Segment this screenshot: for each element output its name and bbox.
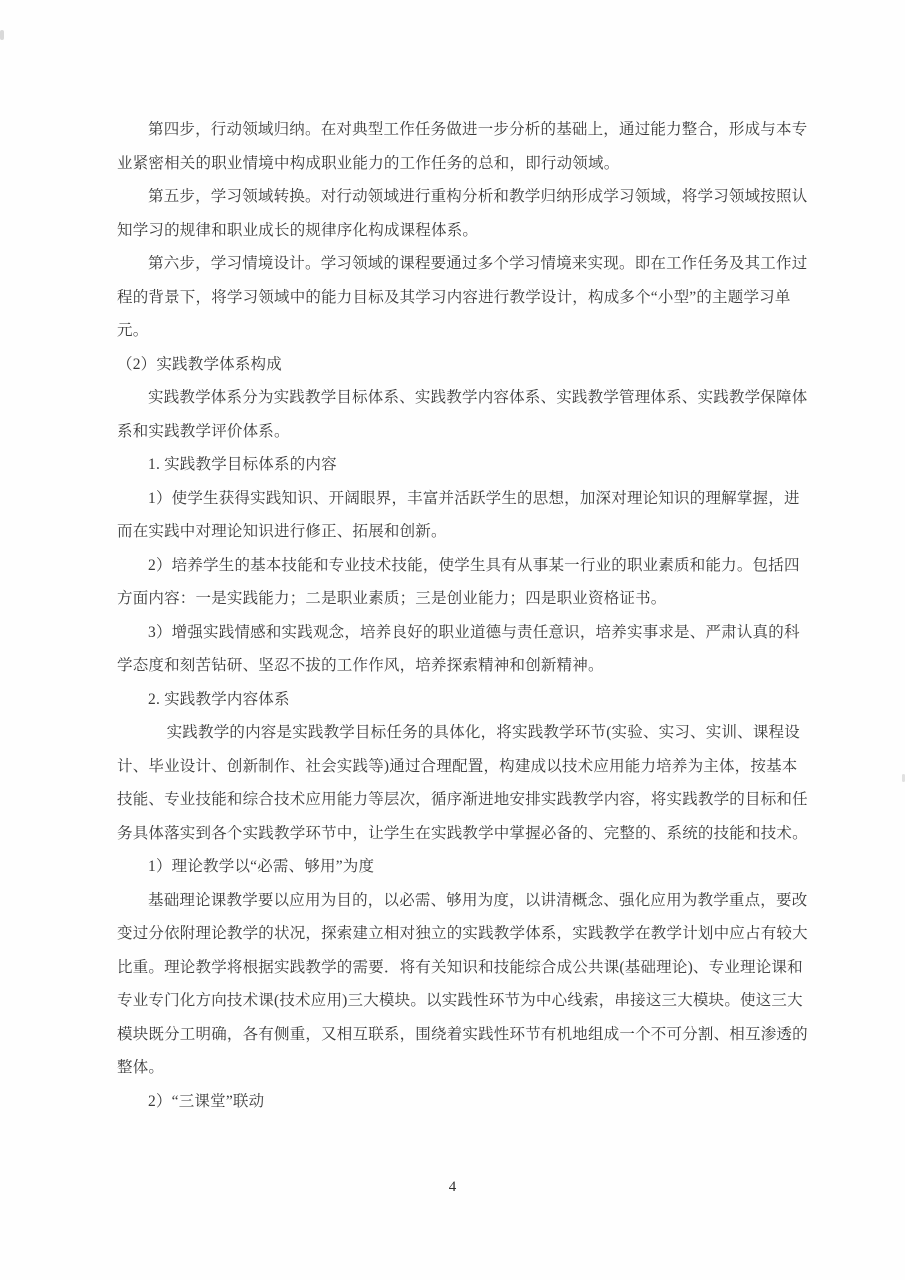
paragraph: 3）增强实践情感和实践观念，培养良好的职业道德与责任意识，培养实事求是、严肃认真…: [117, 616, 819, 683]
paragraph: 第六步，学习情境设计。学习领域的课程要通过多个学习情境来实现。即在工作任务及其工…: [117, 247, 819, 348]
paragraph: （2）实践教学体系构成: [117, 348, 819, 382]
paragraph: 1）使学生获得实践知识、开阔眼界，丰富并活跃学生的思想，加深对理论知识的理解掌握…: [117, 482, 819, 549]
paragraph: 2）“三课堂”联动: [117, 1085, 819, 1119]
page-footer: 4: [0, 1176, 905, 1198]
scan-artifact: [0, 30, 4, 40]
document-body: 第四步，行动领域归纳。在对典型工作任务做进一步分析的基础上，通过能力整合，形成与…: [117, 113, 819, 1118]
paragraph: 实践教学的内容是实践教学目标任务的具体化，将实践教学环节(实验、实习、实训、课程…: [117, 716, 819, 850]
paragraph: 实践教学体系分为实践教学目标体系、实践教学内容体系、实践教学管理体系、实践教学保…: [117, 381, 819, 448]
document-page: 第四步，行动领域归纳。在对典型工作任务做进一步分析的基础上，通过能力整合，形成与…: [0, 0, 905, 1280]
paragraph: 第四步，行动领域归纳。在对典型工作任务做进一步分析的基础上，通过能力整合，形成与…: [117, 113, 819, 180]
paragraph: 2. 实践教学内容体系: [117, 683, 819, 717]
page-number: 4: [449, 1179, 457, 1195]
paragraph: 第五步，学习领域转换。对行动领域进行重构分析和教学归纳形成学习领域，将学习领域按…: [117, 180, 819, 247]
paragraph: 2）培养学生的基本技能和专业技术技能，使学生具有从事某一行业的职业素质和能力。包…: [117, 549, 819, 616]
paragraph: 基础理论课教学要以应用为目的，以必需、够用为度，以讲清概念、强化应用为教学重点，…: [117, 884, 819, 1085]
paragraph: 1. 实践教学目标体系的内容: [117, 448, 819, 482]
paragraph: 1）理论教学以“必需、够用”为度: [117, 850, 819, 884]
